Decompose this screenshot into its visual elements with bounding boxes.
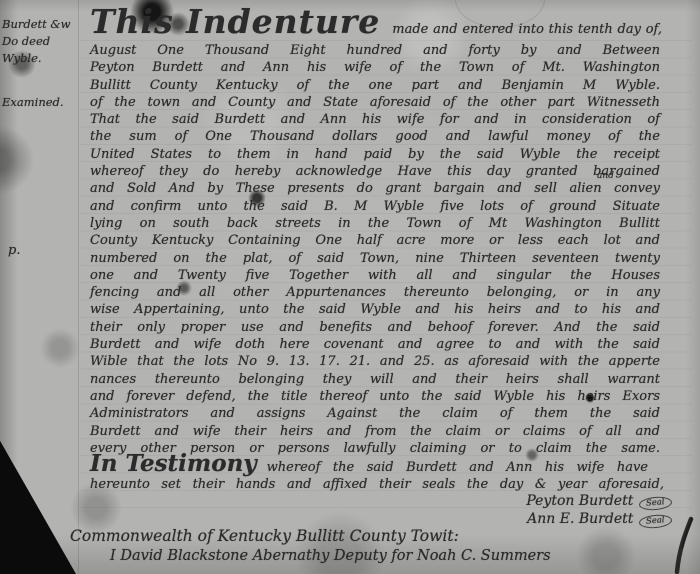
deed-body-line: and confirm unto the said B. M Wyble fiv…: [90, 198, 660, 215]
margin-index-line1: Burdett &w: [2, 16, 82, 33]
closing-line: hereunto set their hands and affixed the…: [90, 477, 664, 492]
torn-corner: [0, 438, 80, 574]
deed-body-line: numbered on the plat, of said Town, nine…: [90, 250, 660, 267]
testimony-row: In Testimony whereof the said Burdett an…: [90, 450, 648, 477]
deed-body-line: and forever defend, the title thereof un…: [90, 388, 660, 405]
deed-body-line: whereof they do hereby acknowledge Have …: [90, 163, 660, 180]
pen-flourish: [663, 516, 695, 574]
deed-heading-script: This Indenture: [90, 2, 380, 41]
deed-body-line: That the said Burdett and Ann his wife f…: [90, 111, 660, 128]
signature-row: Ann E. BurdettSeal: [526, 510, 672, 528]
margin-examined-note: Examined.: [2, 95, 64, 109]
deed-body-line: Peyton Burdett and Ann his wife of the T…: [90, 59, 660, 76]
deed-body: August One Thousand Eight hundred and fo…: [90, 42, 660, 457]
signature-name: Peyton Burdett: [526, 493, 633, 509]
fold-crease: [78, 0, 79, 574]
deed-body-line: Wible that the lots No 9. 13. 17. 21. an…: [90, 353, 660, 370]
margin-index-line3: Wyble.: [2, 50, 82, 67]
testimony-script: In Testimony: [90, 450, 257, 477]
document-photo: Burdett &w Do deed Wyble. Examined. p. T…: [0, 0, 700, 574]
signature-row: Peyton BurdettSeal: [526, 492, 672, 510]
deed-body-line: their only proper use and benefits and b…: [90, 319, 660, 336]
deed-body-line: nances thereunto belonging they will and…: [90, 371, 660, 388]
deed-heading-continuation: made and entered into this tenth day of,: [392, 22, 662, 41]
deed-body-line: Burdett and wife doth here covenant and …: [90, 336, 660, 353]
deed-body-line: and Sold And by These presents do grant …: [90, 180, 660, 197]
deed-heading-row: This Indenture made and entered into thi…: [90, 2, 662, 41]
deed-page: Burdett &w Do deed Wyble. Examined. p. T…: [0, 0, 700, 574]
margin-paragraph-mark: p.: [8, 243, 20, 258]
deed-body-line: Burdett and wife their heirs and from th…: [90, 423, 660, 440]
signature-name: Ann E. Burdett: [527, 511, 633, 527]
margin-index-note: Burdett &w Do deed Wyble.: [2, 16, 82, 67]
deed-body-line: fencing and all other Appurtenances ther…: [90, 284, 660, 301]
attestation-line1: Commonwealth of Kentucky Bullitt County …: [70, 527, 459, 545]
deed-body-line: August One Thousand Eight hundred and fo…: [90, 42, 660, 59]
margin-index-line2: Do deed: [2, 33, 82, 50]
deed-body-line: lying on south back streets in the Town …: [90, 215, 660, 232]
deed-body-line: County Kentucky Containing One half acre…: [90, 232, 660, 249]
deed-body-line: United States to them in hand paid by th…: [90, 146, 660, 163]
attestation-line2: I David Blackstone Abernathy Deputy for …: [110, 548, 551, 564]
deed-body-line: of the town and County and State aforesa…: [90, 94, 660, 111]
signature-block: Peyton BurdettSeal Ann E. BurdettSeal: [526, 492, 672, 528]
deed-body-line: wise Appertaining, unto the said Wyble a…: [90, 301, 660, 318]
testimony-continuation: whereof the said Burdett and Ann his wif…: [267, 460, 648, 477]
deed-body-line: one and Twenty five Together with all an…: [90, 267, 660, 284]
deed-body-line: Administrators and assigns Against the c…: [90, 405, 660, 422]
deed-body-line: the sum of One Thousand dollars good and…: [90, 128, 660, 145]
deed-body-line: Bullitt County Kentucky of the one part …: [90, 77, 660, 94]
interlined-word: and: [597, 171, 614, 181]
